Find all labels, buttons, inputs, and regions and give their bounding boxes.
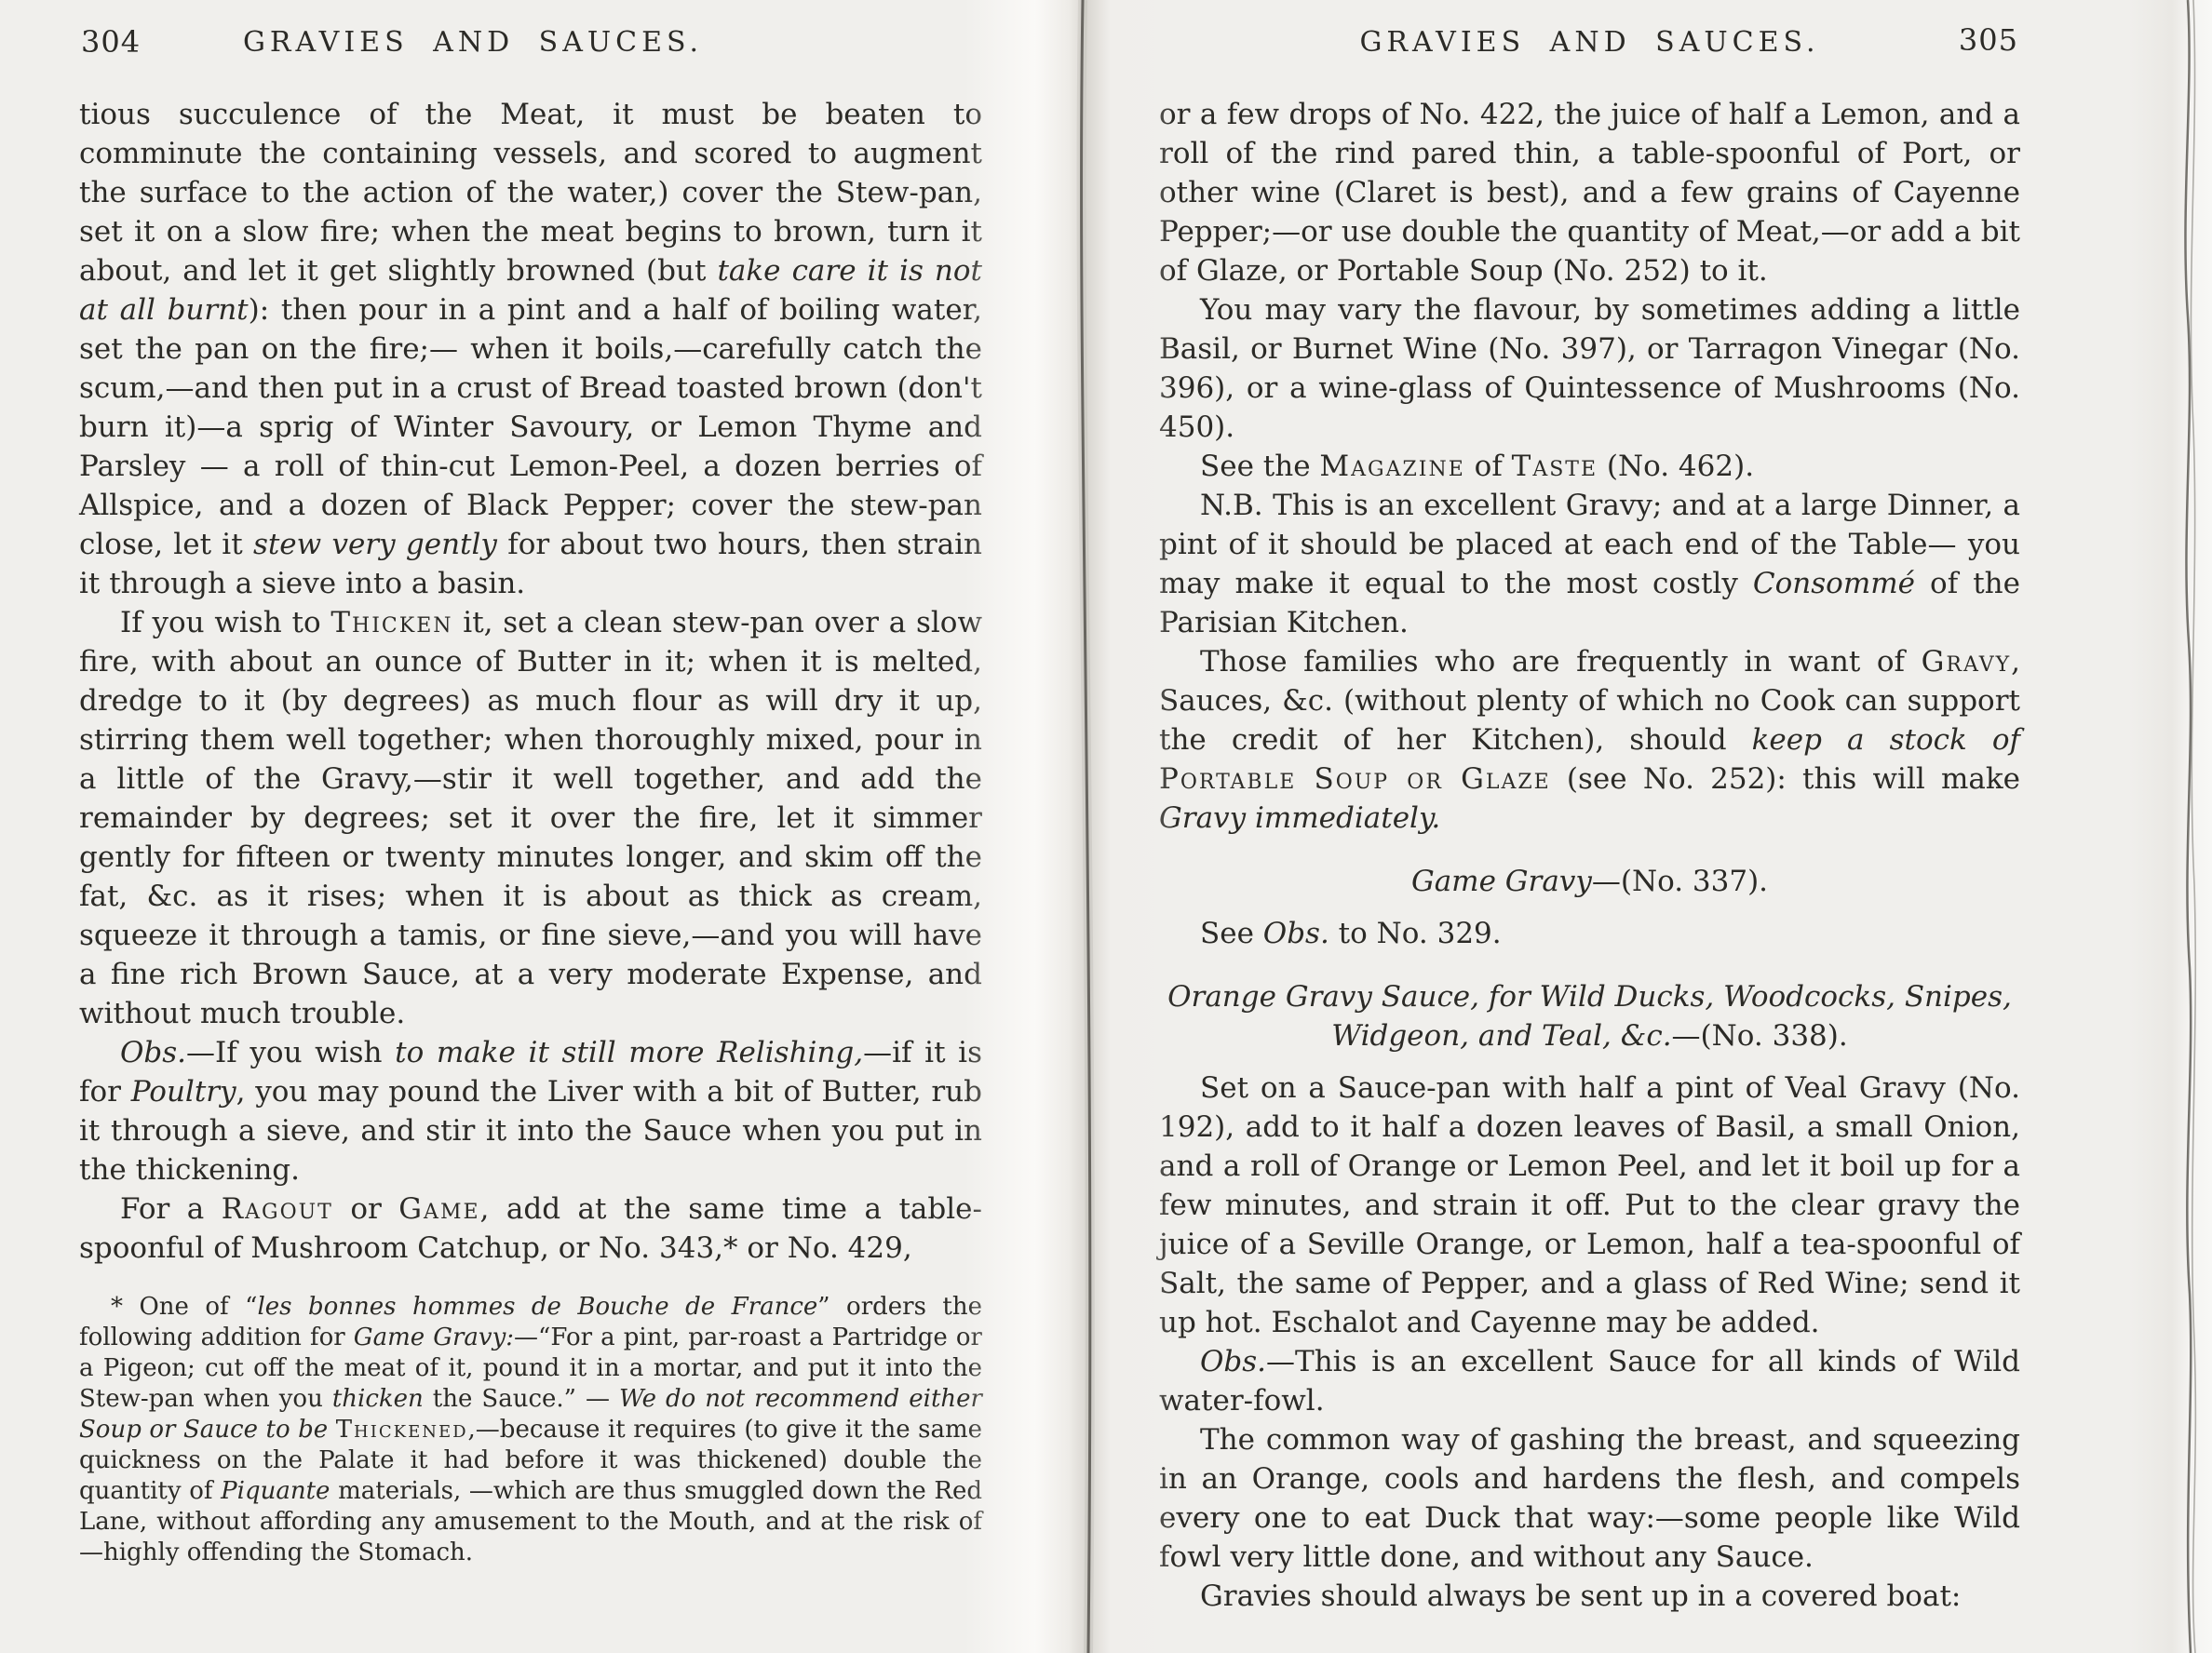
text-segment: Those families who are frequently in wan… — [1200, 645, 1922, 679]
text-segment: Set on a Sauce-pan with half a pint of V… — [1159, 1071, 2020, 1339]
text-segment: of — [1465, 450, 1512, 483]
text-segment: it, set a clean stew-pan over a slow fir… — [79, 606, 982, 1030]
text-segment: Gravies should always be sent up in a co… — [1200, 1579, 1961, 1613]
paragraph: See Obs. to No. 329. — [1159, 914, 2020, 953]
book-spread: 304 GRAVIES AND SAUCES. tious succulence… — [0, 0, 2212, 1653]
text-segment: Poultry — [131, 1075, 236, 1109]
text-segment: —(No. 337). — [1592, 865, 1768, 898]
text-segment: You may vary the flavour, by sometimes a… — [1159, 293, 2020, 444]
text-segment: Gravy immediately. — [1159, 801, 1440, 835]
text-segment: * One of “ — [111, 1293, 257, 1321]
right-page-body: or a few drops of No. 422, the juice of … — [1159, 95, 2020, 1616]
paragraph: You may vary the flavour, by sometimes a… — [1159, 290, 2020, 447]
text-segment: If you wish to — [120, 606, 330, 639]
paragraph: * One of “les bonnes hommes de Bouche de… — [79, 1292, 982, 1568]
text-segment: or — [333, 1192, 398, 1226]
text-segment: keep a stock of — [1752, 723, 2020, 757]
section-heading: Game Gravy—(No. 337). — [1159, 862, 2020, 901]
text-segment: Orange Gravy Sauce, for Wild Ducks, Wood… — [1167, 980, 2012, 1053]
text-segment: Game Gravy: — [354, 1324, 514, 1351]
right-page-edge-shadow — [2128, 0, 2212, 1653]
text-segment: See the — [1200, 450, 1319, 483]
left-page-body: tious succulence of the Meat, it must be… — [79, 95, 982, 1268]
text-segment: Game — [398, 1192, 479, 1226]
left-page-footnote: * One of “les bonnes hommes de Bouche de… — [79, 1292, 982, 1568]
text-segment: ): then pour in a pint and a half of boi… — [79, 293, 982, 561]
section-heading: Orange Gravy Sauce, for Wild Ducks, Wood… — [1159, 977, 2020, 1055]
text-segment: For a — [120, 1192, 222, 1226]
text-segment: Game Gravy — [1411, 865, 1592, 898]
paragraph: If you wish to Thicken it, set a clean s… — [79, 603, 982, 1033]
page-edge-line-secondary — [2191, 0, 2195, 1653]
left-running-head: GRAVIES AND SAUCES. — [21, 22, 924, 59]
right-page-number: 305 — [1959, 22, 2018, 58]
text-segment: Gravy — [1922, 645, 2012, 679]
gutter-shadow — [964, 0, 1173, 1653]
right-page-header: GRAVIES AND SAUCES. 305 — [1159, 22, 2020, 65]
paragraph: Obs.—This is an excellent Sauce for all … — [1159, 1342, 2020, 1420]
right-page: GRAVIES AND SAUCES. 305 or a few drops o… — [1159, 22, 2020, 1616]
text-segment: Obs. — [1263, 917, 1329, 950]
text-segment: See — [1200, 917, 1263, 950]
text-segment: The common way of gashing the breast, an… — [1159, 1423, 2020, 1574]
paragraph: For a Ragout or Game, add at the same ti… — [79, 1189, 982, 1268]
text-segment: —(No. 338). — [1672, 1019, 1848, 1053]
left-page: 304 GRAVIES AND SAUCES. tious succulence… — [79, 22, 982, 1568]
paragraph: Gravies should always be sent up in a co… — [1159, 1577, 2020, 1616]
text-segment: Thicken — [330, 606, 452, 639]
right-running-head: GRAVIES AND SAUCES. — [1159, 22, 2020, 59]
text-segment: Taste — [1512, 450, 1598, 483]
page-edge-line — [2185, 0, 2191, 1653]
text-segment: Magazine — [1319, 450, 1464, 483]
text-segment: —If you wish — [186, 1036, 395, 1069]
paragraph: or a few drops of No. 422, the juice of … — [1159, 95, 2020, 290]
text-segment: to make it still more Relishing, — [395, 1036, 863, 1069]
text-segment: (see No. 252): this will make — [1551, 762, 2020, 796]
text-segment: (No. 462). — [1598, 450, 1754, 483]
text-segment: thicken — [332, 1385, 424, 1413]
text-segment: the Sauce.” — — [424, 1385, 619, 1413]
binding-crease-line — [1082, 0, 1090, 1653]
text-segment: Portable Soup or Glaze — [1159, 762, 1551, 796]
text-segment: or a few drops of No. 422, the juice of … — [1159, 98, 2020, 288]
text-segment: Consommé — [1753, 567, 1915, 600]
text-segment: to No. 329. — [1329, 917, 1502, 950]
paragraph: Set on a Sauce-pan with half a pint of V… — [1159, 1068, 2020, 1342]
text-segment: Thickened — [336, 1416, 468, 1444]
left-page-header: 304 GRAVIES AND SAUCES. — [79, 22, 982, 65]
paragraph: Obs.—If you wish to make it still more R… — [79, 1033, 982, 1189]
paragraph: N.B. This is an excellent Gravy; and at … — [1159, 486, 2020, 642]
paragraph: tious succulence of the Meat, it must be… — [79, 95, 982, 603]
binding-crease-shadow — [1082, 0, 1090, 1653]
paragraph: Those families who are frequently in wan… — [1159, 642, 2020, 838]
text-segment: les bonnes hommes de Bouche de France — [257, 1293, 817, 1321]
paragraph: See the Magazine of Taste (No. 462). — [1159, 447, 2020, 486]
text-segment: Obs. — [1200, 1345, 1266, 1378]
text-segment: stew very gently — [253, 528, 497, 561]
text-segment: Piquante — [221, 1477, 330, 1505]
text-segment: Ragout — [222, 1192, 333, 1226]
paragraph: The common way of gashing the breast, an… — [1159, 1420, 2020, 1577]
text-segment: Obs. — [120, 1036, 186, 1069]
text-segment: —This is an excellent Sauce for all kind… — [1159, 1345, 2020, 1418]
